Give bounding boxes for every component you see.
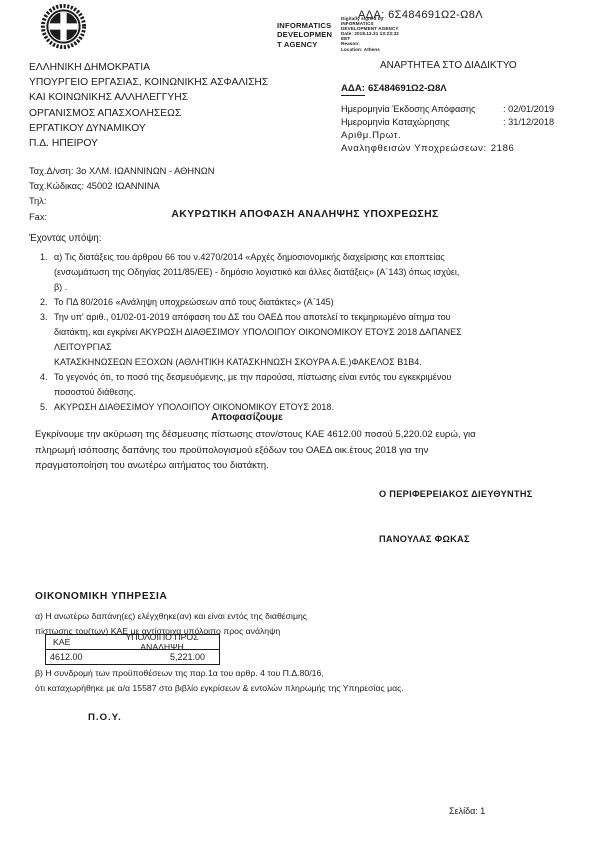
table-row: 4612.00 5,221.00 — [46, 650, 219, 664]
premise-item-text: Το ΠΔ 80/2016 «Ανάληψη υποχρεώσεων από τ… — [54, 295, 520, 310]
org-header-line: ΟΡΓΑΝΙΣΜΟΣ ΑΠΑΣΧΟΛΗΣΕΩΣ — [29, 106, 268, 121]
org-header-line: Π.Δ. ΗΠΕΙΡΟΥ — [29, 136, 268, 151]
contact-phone-line: Τηλ: — [29, 194, 214, 209]
stamp-agency-line: T AGENCY — [277, 40, 332, 49]
meta-protocol: Αριθμ.Πρωτ. — [341, 129, 554, 142]
premise-item-number: 4. — [40, 370, 54, 400]
premise-item: 3. Την υπ' αριθ., 01/02-01-2019 απόφαση … — [40, 310, 520, 370]
financial-section-heading: ΟΙΚΟΝΟΜΙΚΗ ΥΠΗΡΕΣΙΑ — [35, 591, 167, 602]
document-title: ΑΚΥΡΩΤΙΚΗ ΑΠΟΦΑΣΗ ΑΝΑΛΗΨΗΣ ΥΠΟΧΡΕΩΣΗΣ — [30, 209, 580, 220]
signatory-title: Ο ΠΕΡΙΦΕΡΕΙΑΚΟΣ ΔΙΕΥΘΥΝΤΗΣ — [379, 489, 533, 499]
financial-table: ΚΑΕ ΥΠΟΛΟΙΠΟ ΠΡΟΣ ΑΝΑΛΗΨΗ 4612.00 5,221.… — [45, 634, 220, 665]
org-header-line: ΕΡΓΑΤΙΚΟΥ ΔΥΝΑΜΙΚΟΥ — [29, 121, 268, 136]
meta-obligations: Αναληφθεισών Υποχρεώσεων: 2186 — [341, 142, 554, 155]
premise-item: 4. Το γεγονός ότι, το ποσό της δεσμευόμε… — [40, 370, 520, 400]
meta-issue-date-value: : 02/01/2019 — [503, 103, 554, 116]
contact-address-line: Ταχ.Δ/νση: 3ο ΧΛΜ. ΙΩΑΝΝΙΝΩΝ - ΑΘΗΝΩΝ — [29, 164, 214, 179]
premise-item-number: 2. — [40, 295, 54, 310]
meta-register-date: Ημερομηνία Καταχώρησης : 31/12/2018 — [341, 116, 554, 129]
premise-item-text: Την υπ' αριθ., 01/02-01-2019 απόφαση του… — [54, 310, 520, 370]
meta-issue-date-label: Ημερομηνία Έκδοσης Απόφασης — [341, 103, 503, 116]
table-header-remaining-balance: ΥΠΟΛΟΙΠΟ ΠΡΟΣ ΑΝΑΛΗΨΗ — [105, 632, 219, 652]
signature-stamp-agency: INFORMATICS DEVELOPMEN T AGENCY — [277, 21, 332, 49]
premise-list: 1. α) Τις διατάξεις του άρθρου 66 του ν.… — [40, 250, 520, 415]
page-number: Σελίδα: 1 — [449, 806, 485, 816]
stamp-agency-line: INFORMATICS — [277, 21, 332, 30]
premise-item-text: Το γεγονός ότι, το ποσό της δεσμευόμενης… — [54, 370, 520, 400]
financial-table-header-row: ΚΑΕ ΥΠΟΛΟΙΠΟ ΠΡΟΣ ΑΝΑΛΗΨΗ — [46, 635, 219, 650]
anartitea-label: ΑΝΑΡΤΗΤΕΑ ΣΤΟ ΔΙΑΔΙΚΤΥΟ — [380, 60, 517, 71]
table-header-kae: ΚΑΕ — [46, 637, 105, 647]
ada-field-label: ΑΔΑ: — [341, 83, 365, 96]
greek-emblem-logo — [40, 3, 87, 50]
premise-item-number: 3. — [40, 310, 54, 370]
premise-item-number: 1. — [40, 250, 54, 295]
meta-register-date-label: Ημερομηνία Καταχώρησης — [341, 116, 503, 129]
meta-protocol-label: Αριθμ.Πρωτ. — [341, 129, 401, 142]
meta-obligations-value: 2186 — [491, 142, 515, 155]
meta-register-date-value: : 31/12/2018 — [503, 116, 554, 129]
table-cell-kae: 4612.00 — [46, 652, 102, 662]
meta-info: Ημερομηνία Έκδοσης Απόφασης : 02/01/2019… — [341, 103, 554, 155]
ada-field-value: 6Σ484691Ω2-Ω8Λ — [368, 83, 447, 94]
org-header: ΕΛΛΗΝΙΚΗ ΔΗΜΟΚΡΑΤΙΑ ΥΠΟΥΡΓΕΙΟ ΕΡΓΑΣΙΑΣ, … — [29, 60, 268, 151]
document-page: ΑΔΑ: 6Σ484691Ω2-Ω8Λ INFORMATICS DEVELOPM… — [0, 0, 595, 842]
signature-stamp-details: Digitally signed by INFORMATICS DEVELOPM… — [341, 16, 399, 52]
stamp-agency-line: DEVELOPMEN — [277, 30, 332, 39]
decision-body: Εγκρίνουμε την ακύρωση της δέσμευσης πίσ… — [35, 427, 480, 474]
premise-item: 1. α) Τις διατάξεις του άρθρου 66 του ν.… — [40, 250, 520, 295]
premise-heading: Έχοντας υπόψη: — [29, 233, 101, 244]
premise-item: 2. Το ΠΔ 80/2016 «Ανάληψη υποχρεώσεων απ… — [40, 295, 520, 310]
poy-label: Π.Ο.Υ. — [88, 712, 122, 723]
org-header-line: ΕΛΛΗΝΙΚΗ ΔΗΜΟΚΡΑΤΙΑ — [29, 60, 268, 75]
org-header-line: ΥΠΟΥΡΓΕΙΟ ΕΡΓΑΣΙΑΣ, ΚΟΙΝΩΝΙΚΗΣ ΑΣΦΑΛΙΣΗΣ — [29, 75, 268, 90]
decision-heading: Αποφασίζουμε — [0, 412, 494, 423]
meta-issue-date: Ημερομηνία Έκδοσης Απόφασης : 02/01/2019 — [341, 103, 554, 116]
financial-note-b: β) Η συνδρομή των προϋποθέσεων της παρ.1… — [35, 666, 404, 696]
table-cell-remaining-balance: 5,221.00 — [102, 652, 219, 662]
meta-obligations-label: Αναληφθεισών Υποχρεώσεων: — [341, 142, 487, 155]
premise-item-text: α) Τις διατάξεις του άρθρου 66 του ν.427… — [54, 250, 520, 295]
org-header-line: ΚΑΙ ΚΟΙΝΩΝΙΚΗΣ ΑΛΛΗΛΕΓΓΥΗΣ — [29, 90, 268, 105]
contact-postal-line: Ταχ.Κώδικας: 45002 ΙΩΑΝΝΙΝΑ — [29, 179, 214, 194]
ada-field: ΑΔΑ:6Σ484691Ω2-Ω8Λ — [341, 83, 447, 94]
signatory-name: ΠΑΝΟΥΛΑΣ ΦΩΚΑΣ — [379, 534, 470, 544]
